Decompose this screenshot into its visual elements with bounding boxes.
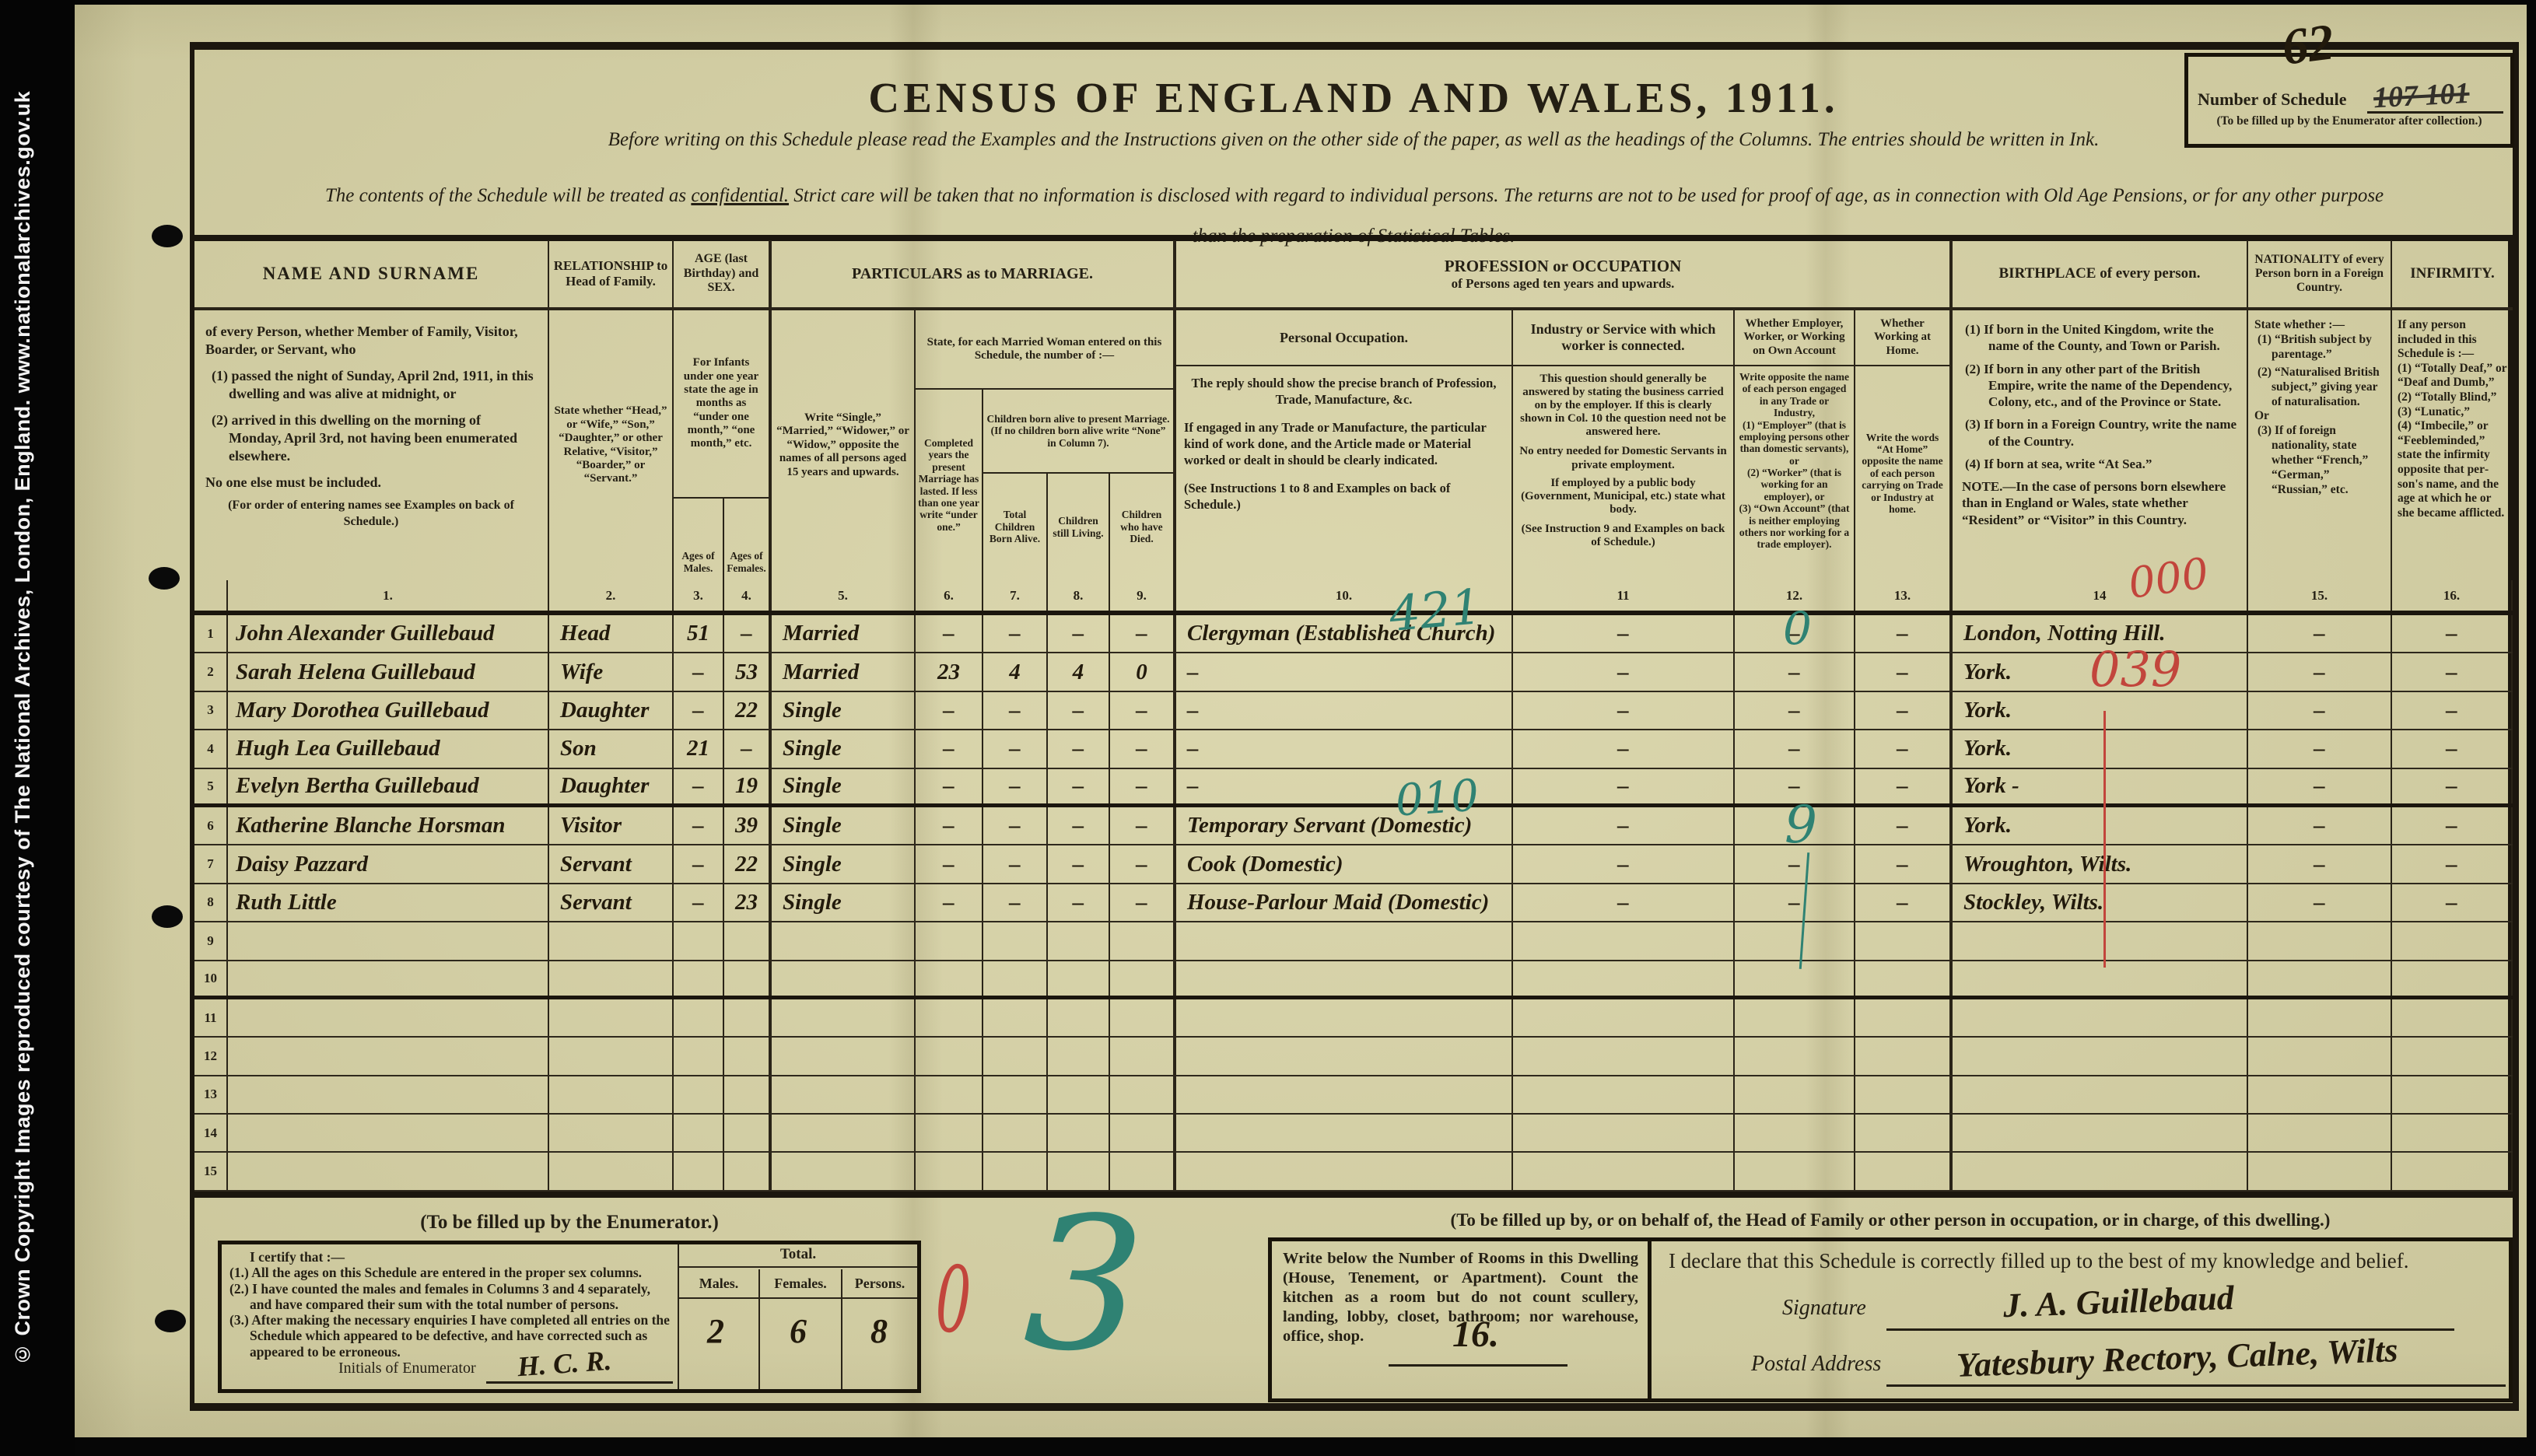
row-12-children-died (1110, 1038, 1176, 1074)
row-14-children-born (983, 1115, 1048, 1151)
col-number-at-home: 13. (1855, 580, 1953, 611)
row-12-at-home (1855, 1038, 1953, 1074)
row-7-nationality: – (2248, 845, 2392, 882)
row-4-infirmity: – (2392, 730, 2513, 767)
row-11-industry (1513, 999, 1735, 1036)
col-header-profession: PROFESSION or OCCUPATION of Persons aged… (1176, 240, 1953, 310)
birthplace-b4: (4) If born at sea, write “At Sea.” (1962, 456, 2237, 472)
row-12-children-living (1048, 1038, 1110, 1074)
row-5-industry: – (1513, 769, 1735, 803)
row-10-nationality (2248, 961, 2392, 996)
annotation-green-010: 010 (1394, 770, 1480, 826)
row-15-relationship (549, 1153, 674, 1189)
schedule-box-note: (To be filled up by the Enumerator after… (2188, 114, 2510, 128)
row-2-occupation: – (1176, 653, 1513, 690)
row-7-name: Daisy Pazzard (228, 845, 549, 882)
row-4-children-born: – (983, 730, 1048, 767)
row-10-relationship (549, 961, 674, 996)
row-12-marriage (772, 1038, 916, 1074)
col-number-num (194, 580, 228, 611)
profession-subtitle: of Persons aged ten years and upwards. (1445, 276, 1682, 292)
employer-b4: (3) “Own Account” (that is neither emplo… (1739, 502, 1850, 551)
row-15-years-married (916, 1153, 983, 1189)
row-3-age-males: – (674, 692, 724, 729)
census-table: NAME AND SURNAME RELATIONSHIP to Head of… (194, 240, 2513, 1192)
row-9-nationality (2248, 922, 2392, 959)
row-1-num: 1 (194, 615, 228, 652)
row-8-birthplace: Stockley, Wilts. (1953, 884, 2248, 921)
row-7-at-home: – (1855, 845, 1953, 882)
table-row-13: 13 (194, 1076, 2513, 1115)
annotation-red-zero-large: 0 (934, 1244, 972, 1355)
row-6-name: Katherine Blanche Horsman (228, 807, 549, 844)
certify-intro: I certify that :— (229, 1249, 671, 1265)
table-row-4: 4Hugh Lea GuillebaudSon21–Single––––––––… (194, 730, 2513, 768)
col-number-relationship: 2. (549, 580, 674, 611)
nationality-body: State whether :— (1) “British sub­ject b… (2248, 310, 2392, 580)
persons-value: 8 (870, 1311, 888, 1351)
row-8-relationship: Servant (549, 884, 674, 921)
name-instr-p4: No one else must be included. (205, 474, 537, 492)
row-6-relationship: Visitor (549, 807, 674, 844)
householder-heading: (To be filled up by, or on behalf of, th… (1268, 1210, 2513, 1230)
row-2-children-living: 4 (1048, 653, 1110, 690)
row-10-occupation (1176, 961, 1513, 996)
row-13-age-females (724, 1076, 772, 1113)
rooms-cell: Write below the Number of Rooms in this … (1272, 1241, 1652, 1398)
birthplace-b3: (3) If born in a Foreign Country, write … (1962, 416, 2237, 450)
row-11-occupation (1176, 999, 1513, 1036)
infirmity-i4: (4) “Imbecile,” or “Feeble­minded,” (2398, 419, 2507, 448)
males-value: 2 (707, 1311, 724, 1351)
industry-header: Industry or Service with which worker is… (1513, 310, 1735, 366)
row-7-children-born: – (983, 845, 1048, 882)
row-5-nationality: – (2248, 769, 2392, 803)
row-10-industry (1513, 961, 1735, 996)
row-15-birthplace (1953, 1153, 2248, 1189)
rooms-value: 16. (1452, 1313, 1499, 1356)
row-5-children-living: – (1048, 769, 1110, 803)
row-7-children-living: – (1048, 845, 1110, 882)
row-9-children-died (1110, 922, 1176, 959)
row-9-age-females (724, 922, 772, 959)
row-9-children-born (983, 922, 1048, 959)
row-3-industry: – (1513, 692, 1735, 729)
row-6-nationality: – (2248, 807, 2392, 844)
row-11-nationality (2248, 999, 2392, 1036)
row-15-num: 15 (194, 1153, 228, 1189)
annotation-red-line (2103, 711, 2106, 968)
row-12-nationality (2248, 1038, 2392, 1074)
row-4-age-males: 21 (674, 730, 724, 767)
row-11-birthplace (1953, 999, 2248, 1036)
row-8-age-males: – (674, 884, 724, 921)
row-1-age-males: 51 (674, 615, 724, 652)
row-3-name: Mary Dorothea Guillebaud (228, 692, 549, 729)
row-5-birthplace: York - (1953, 769, 2248, 803)
working-at-home-body: Write the words “At Home” opposite the n… (1855, 366, 1953, 580)
row-7-birthplace: Wroughton, Wilts. (1953, 845, 2248, 882)
row-1-age-females: – (724, 615, 772, 652)
row-3-children-living: – (1048, 692, 1110, 729)
initials-value: H. C. R. (517, 1344, 613, 1383)
row-11-age-males (674, 999, 724, 1036)
row-8-children-born: – (983, 884, 1048, 921)
personal-b1: The reply should show the precise branch… (1184, 376, 1504, 408)
schedule-number-box: Number of Schedule 107 101 (To be filled… (2184, 53, 2514, 148)
row-15-nationality (2248, 1153, 2392, 1189)
profession-title: PROFESSION or OCCUPATION (1445, 257, 1682, 276)
row-3-occupation: – (1176, 692, 1513, 729)
row-15-name (228, 1153, 549, 1189)
row-1-children-died: – (1110, 615, 1176, 652)
row-13-age-males (674, 1076, 724, 1113)
row-8-occupation: House-Parlour Maid (Domestic) (1176, 884, 1513, 921)
row-3-children-died: – (1110, 692, 1176, 729)
instruction-line-2: The contents of the Schedule will be tre… (215, 185, 2494, 207)
ages-of-males-label: Ages of Males. (674, 499, 724, 580)
row-1-nationality: – (2248, 615, 2392, 652)
employer-b1: Write opposite the name of each person e… (1739, 371, 1850, 419)
nationality-or: Or (2254, 409, 2384, 424)
col-header-marriage: PARTICULARS as to MARRIAGE. (772, 240, 1176, 310)
row-3-children-born: – (983, 692, 1048, 729)
row-6-years-married: – (916, 807, 983, 844)
row-10-marriage (772, 961, 916, 996)
row-10-name (228, 961, 549, 996)
row-14-birthplace (1953, 1115, 2248, 1151)
row-7-relationship: Servant (549, 845, 674, 882)
name-instr-p3: (2) arrived in this dwelling on the morn… (205, 411, 537, 466)
row-7-infirmity: – (2392, 845, 2513, 882)
persons-label: Persons. (842, 1269, 917, 1299)
row-15-occupation (1176, 1153, 1513, 1189)
row-12-employer (1735, 1038, 1855, 1074)
nationality-n3: (3) If of foreign nationality, state whe… (2254, 424, 2384, 498)
row-9-at-home (1855, 922, 1953, 959)
row-4-occupation: – (1176, 730, 1513, 767)
row-8-num: 8 (194, 884, 228, 921)
employer-header: Whether Employer, Worker, or Working on … (1735, 310, 1855, 366)
initials-line (486, 1381, 673, 1384)
row-15-age-females (724, 1153, 772, 1189)
row-9-marriage (772, 922, 916, 959)
children-total-label: Total Children Born Alive. (983, 474, 1048, 580)
employer-b2: (1) “Employer” (that is employing person… (1739, 419, 1850, 467)
males-label: Males. (679, 1269, 758, 1299)
row-12-name (228, 1038, 549, 1074)
row-12-infirmity (2392, 1038, 2513, 1074)
annotation-green-nine: 9 (1785, 795, 1817, 855)
row-10-children-died (1110, 961, 1176, 996)
row-1-marriage: Married (772, 615, 916, 652)
punch-hole (152, 225, 183, 247)
row-8-employer: – (1735, 884, 1855, 921)
row-10-children-living (1048, 961, 1110, 996)
row-5-name: Evelyn Bertha Guillebaud (228, 769, 549, 803)
industry-b1: This question should gener­ally be answe… (1519, 373, 1727, 439)
row-11-years-married (916, 999, 983, 1036)
row-8-children-living: – (1048, 884, 1110, 921)
copyright-text: © Crown Copyright Images reproduced cour… (11, 0, 35, 1456)
row-9-birthplace (1953, 922, 2248, 959)
row-13-children-died (1110, 1076, 1176, 1113)
row-1-at-home: – (1855, 615, 1953, 652)
col-header-birthplace: BIRTHPLACE of every person. (1953, 240, 2248, 310)
row-14-employer (1735, 1115, 1855, 1151)
table-rows: 1John Alexander GuillebaudHead51–Married… (194, 615, 2513, 1192)
row-3-nationality: – (2248, 692, 2392, 729)
row-11-name (228, 999, 549, 1036)
table-row-6: 6Katherine Blanche HorsmanVisitor–39Sing… (194, 807, 2513, 845)
row-1-relationship: Head (549, 615, 674, 652)
table-row-14: 14 (194, 1115, 2513, 1153)
row-13-birthplace (1953, 1076, 2248, 1113)
row-2-infirmity: – (2392, 653, 2513, 690)
row-14-industry (1513, 1115, 1735, 1151)
row-12-occupation (1176, 1038, 1513, 1074)
row-3-years-married: – (916, 692, 983, 729)
scan-left-margin: © Crown Copyright Images reproduced cour… (0, 0, 75, 1456)
row-12-age-females (724, 1038, 772, 1074)
row-2-children-died: 0 (1110, 653, 1176, 690)
row-2-children-born: 4 (983, 653, 1048, 690)
row-5-marriage: Single (772, 769, 916, 803)
row-9-years-married (916, 922, 983, 959)
children-born-note: Children born alive to present Marriage.… (983, 390, 1176, 474)
row-11-num: 11 (194, 999, 228, 1036)
row-10-birthplace (1953, 961, 2248, 996)
row-15-marriage (772, 1153, 916, 1189)
row-5-children-died: – (1110, 769, 1176, 803)
row-5-at-home: – (1855, 769, 1953, 803)
declaration-text: I declare that this Schedule is correctl… (1669, 1249, 2501, 1273)
row-12-age-males (674, 1038, 724, 1074)
row-8-nationality: – (2248, 884, 2392, 921)
row-6-children-living: – (1048, 807, 1110, 844)
row-3-infirmity: – (2392, 692, 2513, 729)
row-1-children-born: – (983, 615, 1048, 652)
row-3-at-home: – (1855, 692, 1953, 729)
row-5-age-females: 19 (724, 769, 772, 803)
col-number-nationality: 15. (2248, 580, 2392, 611)
schedule-number-label: Number of Schedule (2198, 89, 2347, 110)
ages-of-females-label: Ages of Females. (724, 499, 772, 580)
row-2-marriage: Married (772, 653, 916, 690)
industry-b2: No entry needed for Domestic Ser­vants i… (1519, 445, 1727, 471)
row-5-children-born: – (983, 769, 1048, 803)
row-10-age-males (674, 961, 724, 996)
form-title: CENSUS OF ENGLAND AND WALES, 1911. (194, 73, 2513, 122)
col-number-age-females: 4. (724, 580, 772, 611)
row-5-num: 5 (194, 769, 228, 803)
row-3-marriage: Single (772, 692, 916, 729)
totals-title: Total. (679, 1246, 917, 1268)
row-9-age-males (674, 922, 724, 959)
row-2-nationality: – (2248, 653, 2392, 690)
schedule-number-struck: 107 101 (2373, 76, 2471, 115)
row-4-employer: – (1735, 730, 1855, 767)
table-row-7: 7Daisy PazzardServant–22Single––––Cook (… (194, 845, 2513, 884)
infirmity-body: If any person included in this Schedule … (2392, 310, 2513, 580)
col-number-marriage: 5. (772, 580, 916, 611)
row-9-name (228, 922, 549, 959)
row-7-num: 7 (194, 845, 228, 882)
row-11-marriage (772, 999, 916, 1036)
row-11-relationship (549, 999, 674, 1036)
col-number-name: 1. (228, 580, 549, 611)
infirmity-outro: state the infirmity opposite that per­so… (2398, 448, 2507, 520)
married-woman-note: State, for each Married Woman entered on… (916, 310, 1176, 390)
name-instr-p5: (For order of entering names see Example… (205, 498, 537, 530)
row-9-infirmity (2392, 922, 2513, 959)
row-8-industry: – (1513, 884, 1735, 921)
industry-b4: (See Instruction 9 and Exam­ples on back… (1519, 523, 1727, 549)
row-2-num: 2 (194, 653, 228, 690)
row-2-age-females: 53 (724, 653, 772, 690)
annotation-red-039: 039 (2089, 641, 2181, 698)
birthplace-b2: (2) If born in any other part of the Bri… (1962, 361, 2237, 411)
row-6-age-males: – (674, 807, 724, 844)
row-3-num: 3 (194, 692, 228, 729)
instruction-line-1: Before writing on this Schedule please r… (194, 129, 2513, 151)
postal-line (1886, 1384, 2506, 1387)
row-4-children-living: – (1048, 730, 1110, 767)
row-11-age-females (724, 999, 772, 1036)
row-10-infirmity (2392, 961, 2513, 996)
col-number-infirmity: 16. (2392, 580, 2513, 611)
row-6-age-females: 39 (724, 807, 772, 844)
form-top-border (190, 42, 2517, 50)
nationality-n1: (1) “British sub­ject by parent­age.” (2254, 333, 2384, 362)
row-10-employer (1735, 961, 1855, 996)
row-4-years-married: – (916, 730, 983, 767)
enumerator-heading: (To be filled up by the Enumerator.) (218, 1212, 921, 1234)
row-7-marriage: Single (772, 845, 916, 882)
row-14-occupation (1176, 1115, 1513, 1151)
row-11-children-living (1048, 999, 1110, 1036)
table-row-9: 9 (194, 922, 2513, 961)
row-10-age-females (724, 961, 772, 996)
birthplace-note: NOTE.—In the case of persons born elsewh… (1962, 478, 2237, 528)
row-13-num: 13 (194, 1076, 228, 1113)
infirmity-i2: (2) “Totally Blind,” (2398, 390, 2507, 405)
row-5-relationship: Daughter (549, 769, 674, 803)
row-6-num: 6 (194, 807, 228, 844)
row-15-employer (1735, 1153, 1855, 1189)
row-14-infirmity (2392, 1115, 2513, 1151)
row-4-num: 4 (194, 730, 228, 767)
row-13-industry (1513, 1076, 1735, 1113)
row-12-years-married (916, 1038, 983, 1074)
col-number-children-died: 9. (1110, 580, 1176, 611)
birthplace-b1: (1) If born in the United King­dom, writ… (1962, 321, 2237, 355)
row-4-industry: – (1513, 730, 1735, 767)
row-4-marriage: Single (772, 730, 916, 767)
enumerator-box: I certify that :— (1.) All the ages on t… (218, 1241, 921, 1393)
annotation-teal-three-large: 3 (1021, 1190, 1148, 1381)
row-14-age-males (674, 1115, 724, 1151)
row-8-at-home: – (1855, 884, 1953, 921)
row-14-name (228, 1115, 549, 1151)
row-11-employer (1735, 999, 1855, 1036)
row-4-relationship: Son (549, 730, 674, 767)
row-9-children-living (1048, 922, 1110, 959)
row-10-children-born (983, 961, 1048, 996)
row-6-infirmity: – (2392, 807, 2513, 844)
table-row-5: 5Evelyn Bertha GuillebaudDaughter–19Sing… (194, 769, 2513, 807)
row-13-infirmity (2392, 1076, 2513, 1113)
nationality-n2: (2) “Naturalised British sub­ject,” givi… (2254, 366, 2384, 410)
row-3-employer: – (1735, 692, 1855, 729)
census-scan: © Crown Copyright Images reproduced cour… (0, 0, 2536, 1456)
row-15-industry (1513, 1153, 1735, 1189)
enumerator-certification: I certify that :— (1.) All the ages on t… (229, 1249, 671, 1360)
row-12-num: 12 (194, 1038, 228, 1074)
rooms-underline (1389, 1364, 1567, 1367)
postal-label: Postal Address (1751, 1352, 1881, 1377)
row-2-employer: – (1735, 653, 1855, 690)
row-5-age-males: – (674, 769, 724, 803)
row-2-age-males: – (674, 653, 724, 690)
row-3-age-females: 22 (724, 692, 772, 729)
punch-hole (155, 1310, 186, 1332)
row-4-age-females: – (724, 730, 772, 767)
col-number-years-married: 6. (916, 580, 983, 611)
row-14-num: 14 (194, 1115, 228, 1151)
col-header-nationality: NATIONALITY of every Person born in a Fo… (2248, 240, 2392, 310)
personal-b3: (See Instructions 1 to 8 and Examples on… (1184, 481, 1504, 513)
table-row-8: 8Ruth LittleServant–23Single––––House-Pa… (194, 884, 2513, 922)
infirmity-i1: (1) “Totally Deaf,” or “Deaf and Dumb,” (2398, 362, 2507, 390)
signature-value: J. A. Guillebaud (2002, 1278, 2234, 1325)
initials-label: Initials of Enumerator (338, 1360, 476, 1377)
females-value: 6 (790, 1311, 807, 1351)
name-instr-p2: (1) passed the night of Sunday, April 2n… (205, 367, 537, 404)
row-9-occupation (1176, 922, 1513, 959)
row-11-children-born (983, 999, 1048, 1036)
employer-b3: (2) “Worker” (that is working for an emp… (1739, 467, 1850, 502)
row-13-employer (1735, 1076, 1855, 1113)
totals-col-divider (841, 1269, 842, 1389)
row-14-age-females (724, 1115, 772, 1151)
personal-occupation-body: The reply should show the precise branch… (1176, 366, 1513, 580)
employer-body: Write opposite the name of each person e… (1735, 366, 1855, 580)
table-row-3: 3Mary Dorothea GuillebaudDaughter–22Sing… (194, 692, 2513, 730)
industry-body: This question should gener­ally be answe… (1513, 366, 1735, 580)
col-number-children-born: 7. (983, 580, 1048, 611)
row-10-years-married (916, 961, 983, 996)
row-4-birthplace: York. (1953, 730, 2248, 767)
row-11-infirmity (2392, 999, 2513, 1036)
age-infants-note: For Infants under one year state the age… (674, 310, 772, 499)
col-number-industry: 11 (1513, 580, 1735, 611)
females-label: Females. (760, 1269, 841, 1299)
certify-1: (1.) All the ages on this Schedule are e… (229, 1265, 671, 1280)
row-6-birthplace: York. (1953, 807, 2248, 844)
row-13-nationality (2248, 1076, 2392, 1113)
children-living-label: Children still Living. (1048, 474, 1110, 580)
children-died-label: Children who have Died. (1110, 474, 1176, 580)
row-8-infirmity: – (2392, 884, 2513, 921)
census-form-paper: CENSUS OF ENGLAND AND WALES, 1911. Befor… (75, 5, 2527, 1437)
row-6-at-home: – (1855, 807, 1953, 844)
row-1-name: John Alexander Guillebaud (228, 615, 549, 652)
row-14-children-living (1048, 1115, 1110, 1151)
row-14-at-home (1855, 1115, 1953, 1151)
row-4-name: Hugh Lea Guillebaud (228, 730, 549, 767)
row-1-infirmity: – (2392, 615, 2513, 652)
